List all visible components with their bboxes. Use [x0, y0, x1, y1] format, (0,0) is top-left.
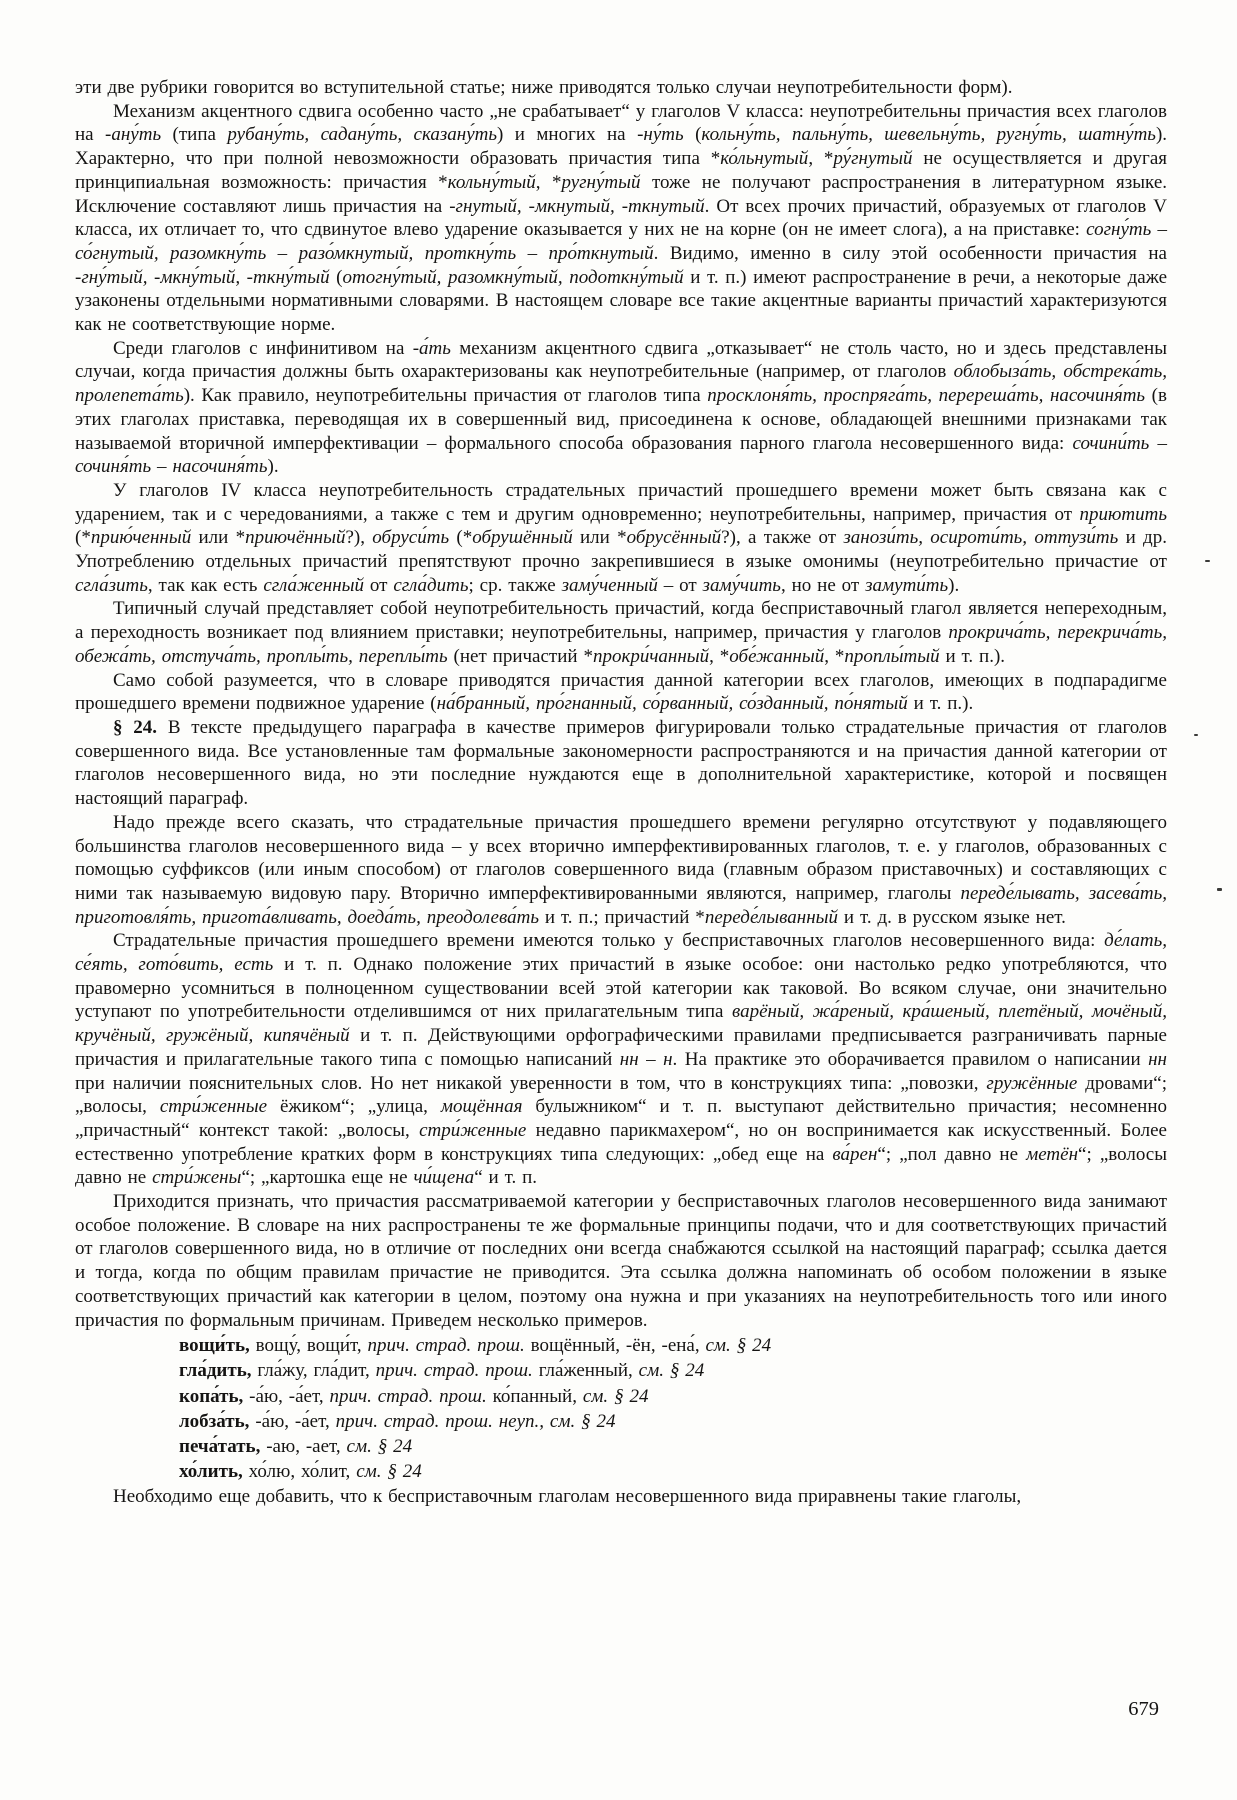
italic-term: на́бранный, про́гнанный, со́рванный, со́… — [437, 693, 908, 714]
italic-term: см. § 24 — [347, 1436, 413, 1457]
body-text-run: , * — [536, 172, 562, 193]
italic-term: кольну́тый — [448, 172, 536, 193]
italic-term: прокри́чанный — [593, 646, 709, 667]
body-text-run: и т. п.). — [940, 646, 1005, 667]
italic-term: приючённый — [245, 527, 345, 548]
body-text-run: ( — [684, 124, 702, 145]
body-text-run: гла́жу, гла́дит, — [252, 1360, 376, 1381]
italic-term: -ну́ть — [637, 124, 684, 145]
body-text-run: , но не от — [781, 575, 865, 596]
body-text-run: -аю, -ает, — [260, 1436, 346, 1457]
body-text-run: или * — [573, 527, 627, 548]
body-text-run: , * — [808, 148, 833, 169]
example-entry-6: хо́лить, хо́лю, хо́лит, см. § 24 — [179, 1459, 1167, 1484]
headword: копа́ть, — [179, 1386, 243, 1407]
italic-term: заму́ченный — [562, 575, 658, 596]
body-text-run: , * — [709, 646, 729, 667]
body-text-run: (типа — [161, 124, 227, 145]
body-text-run: и т. п.). — [908, 693, 973, 714]
italic-term: стри́жены — [152, 1167, 241, 1188]
italic-term: сгла́зить — [75, 575, 148, 596]
headword: лобза́ть, — [179, 1411, 249, 1432]
example-entry-3: копа́ть, -а́ю, -а́ет, прич. страд. прош.… — [179, 1384, 1167, 1409]
scan-speck — [1205, 560, 1210, 562]
body-text-run: ). — [948, 575, 959, 596]
italic-term: прич. страд. прош. — [368, 1335, 525, 1356]
paragraph-6: Само собой разумеется, что в словаре при… — [75, 669, 1167, 716]
examples-list: вощи́ть, вощу́, вощи́т, прич. страд. про… — [75, 1333, 1167, 1484]
paragraph-5: Типичный случай представляет собой неупо… — [75, 597, 1167, 668]
scan-speck — [1217, 888, 1222, 891]
italic-term: обрусённый — [627, 527, 722, 548]
body-text-run: – от — [658, 575, 703, 596]
italic-term: см. § 24 — [583, 1386, 649, 1407]
body-text-run: В тексте предыдущего параграфа в качеств… — [75, 717, 1167, 809]
headword: гла́дить, — [179, 1360, 252, 1381]
body-text-run: гла́женный, — [533, 1360, 639, 1381]
body-text-run: эти две рубрики говорится во вступительн… — [75, 77, 1012, 98]
italic-term: прич. страд. прош. неуп., см. § 24 — [336, 1411, 616, 1432]
italic-term: стри́женные — [160, 1096, 267, 1117]
closing-paragraph: Необходимо еще добавить, что к бесприста… — [75, 1485, 1167, 1509]
italic-term: -гнутый, -мкнутый, -ткнутый — [449, 196, 704, 217]
body-text-run: ?), а также от — [721, 527, 843, 548]
italic-term: замути́ть — [865, 575, 948, 596]
body-text-run: или * — [191, 527, 245, 548]
body-text-run: от — [364, 575, 393, 596]
italic-term: чи́щена — [413, 1167, 474, 1188]
body-text-run: (* — [75, 527, 91, 548]
example-entry-4: лобза́ть, -а́ю, -а́ет, прич. страд. прош… — [179, 1409, 1167, 1434]
italic-term: -а́ть — [413, 338, 451, 359]
headword: § 24. — [113, 717, 157, 738]
paragraph-3: Среди глаголов с инфинитивом на -а́ть ме… — [75, 337, 1167, 479]
body-text-run: ?), — [345, 527, 372, 548]
example-entry-2: гла́дить, гла́жу, гла́дит, прич. страд. … — [179, 1358, 1167, 1383]
italic-term: мощённая — [441, 1096, 523, 1117]
body-text-run: Среди глаголов с инфинитивом на — [113, 338, 413, 359]
example-entry-1: вощи́ть, вощу́, вощи́т, прич. страд. про… — [179, 1333, 1167, 1358]
italic-term: ру́гнутый — [833, 148, 912, 169]
italic-term: обруси́ть — [372, 527, 449, 548]
body-text-run: ). Как правило, неупотребительны причаст… — [184, 385, 708, 406]
italic-term: обрушённый — [472, 527, 572, 548]
paragraph-10: Приходится признать, что причастия рассм… — [75, 1190, 1167, 1332]
paragraph-2: Механизм акцентного сдвига особенно част… — [75, 100, 1167, 337]
italic-term: сгла́женный — [263, 575, 364, 596]
italic-term: занози́ть, осироти́ть, оттузи́ть — [843, 527, 1118, 548]
italic-term: кольну́ть, пальну́ть, шевельну́ть, ругну… — [701, 124, 1156, 145]
italic-term: просклоня́ть, проспряга́ть, перереша́ть,… — [707, 385, 1145, 406]
paragraphs: эти две рубрики говорится во вступительн… — [75, 76, 1167, 1332]
italic-term: см. § 24 — [356, 1461, 422, 1482]
italic-term: нн — [1148, 1049, 1167, 1070]
body-text-run: У глаголов IV класса неупотребительность… — [75, 480, 1167, 525]
body-text-run: ( — [330, 267, 343, 288]
body-text-run: . На практике это оборачивается правилом… — [673, 1049, 1149, 1070]
body-text-run: “; „картошка еще не — [241, 1167, 413, 1188]
body-text-run: хо́лю, хо́лит, — [243, 1461, 356, 1482]
body-text-run: ; ср. также — [468, 575, 561, 596]
italic-term: см. § 24 — [706, 1335, 772, 1356]
italic-term: обе́жанный — [729, 646, 824, 667]
body-text-run: Необходимо еще добавить, что к бесприста… — [113, 1486, 1021, 1507]
example-entry-5: печа́тать, -аю, -ает, см. § 24 — [179, 1434, 1167, 1459]
italic-term: нн – н — [620, 1049, 673, 1070]
body-text-run: Страдательные причастия прошедшего време… — [113, 930, 1104, 951]
italic-term: рубану́ть, садану́ть, сказану́ть — [227, 124, 497, 145]
italic-term: проплы́тый — [844, 646, 939, 667]
headword: печа́тать, — [179, 1436, 260, 1457]
paragraph-8: Надо прежде всего сказать, что страдател… — [75, 811, 1167, 930]
body-text-run: -а́ю, -а́ет, — [249, 1411, 335, 1432]
body-text-run: вощу́, вощи́т, — [250, 1335, 368, 1356]
body-text-run: ). — [268, 456, 279, 477]
body-text-run: , так как есть — [148, 575, 263, 596]
scan-speck — [1194, 734, 1198, 736]
body-text-run: -а́ю, -а́ет, — [243, 1386, 329, 1407]
paragraph-4: У глаголов IV класса неупотребительность… — [75, 479, 1167, 598]
italic-term: -гну́тый, -мкну́тый, -ткну́тый — [75, 267, 330, 288]
body-text-run: , * — [824, 646, 844, 667]
headword: хо́лить, — [179, 1461, 243, 1482]
italic-term: прич. страд. прош. — [330, 1386, 487, 1407]
body-text-run: “ и т. п. — [474, 1167, 537, 1188]
italic-term: сгла́дить — [393, 575, 468, 596]
paragraph-7: § 24. В тексте предыдущего параграфа в к… — [75, 716, 1167, 811]
italic-term: заму́чить — [703, 575, 781, 596]
body-text-run: ко́панный, — [487, 1386, 583, 1407]
page-number: 679 — [1128, 1698, 1159, 1721]
body-text-run: и т. п.; причастий * — [539, 907, 705, 928]
italic-term: ругну́тый — [561, 172, 640, 193]
body-text-run: (* — [449, 527, 472, 548]
body-text-run: “; „пол давно не — [877, 1144, 1026, 1165]
paragraph-1: эти две рубрики говорится во вступительн… — [75, 76, 1167, 100]
body-text-run: и т. д. в русском языке нет. — [838, 907, 1066, 928]
italic-term: см. § 24 — [639, 1360, 705, 1381]
body-text-run: ёжиком“; „улица, — [267, 1096, 441, 1117]
book-page: эти две рубрики говорится во вступительн… — [0, 0, 1237, 1800]
italic-term: гружённые — [986, 1073, 1077, 1094]
italic-term: переде́лыванный — [705, 907, 838, 928]
italic-term: ко́льнутый — [720, 148, 808, 169]
italic-term: приютить — [1080, 504, 1168, 525]
italic-term: стри́женные — [419, 1120, 526, 1141]
body-text-run: при наличии пояснительных слов. Но нет н… — [75, 1073, 986, 1094]
body-text-run: . Видимо, именно в силу этой особенности… — [654, 243, 1167, 264]
body-text-run: (нет причастий * — [448, 646, 593, 667]
page-text: эти две рубрики говорится во вступительн… — [75, 76, 1167, 1509]
body-text-run: вощённый, -ён, -ена́, — [525, 1335, 706, 1356]
italic-term: метён — [1026, 1144, 1078, 1165]
body-text-run: ) и многих на — [497, 124, 637, 145]
paragraph-9: Страдательные причастия прошедшего време… — [75, 929, 1167, 1190]
headword: вощи́ть, — [179, 1335, 250, 1356]
body-text-run: Приходится признать, что причастия рассм… — [75, 1191, 1167, 1331]
italic-term: прич. страд. прош. — [376, 1360, 533, 1381]
italic-term: -ану́ть — [105, 124, 161, 145]
italic-term: прию́ченный — [91, 527, 191, 548]
italic-term: ва́рен — [832, 1144, 877, 1165]
italic-term: отогну́тый, разомкну́тый, подоткну́тый — [343, 267, 684, 288]
